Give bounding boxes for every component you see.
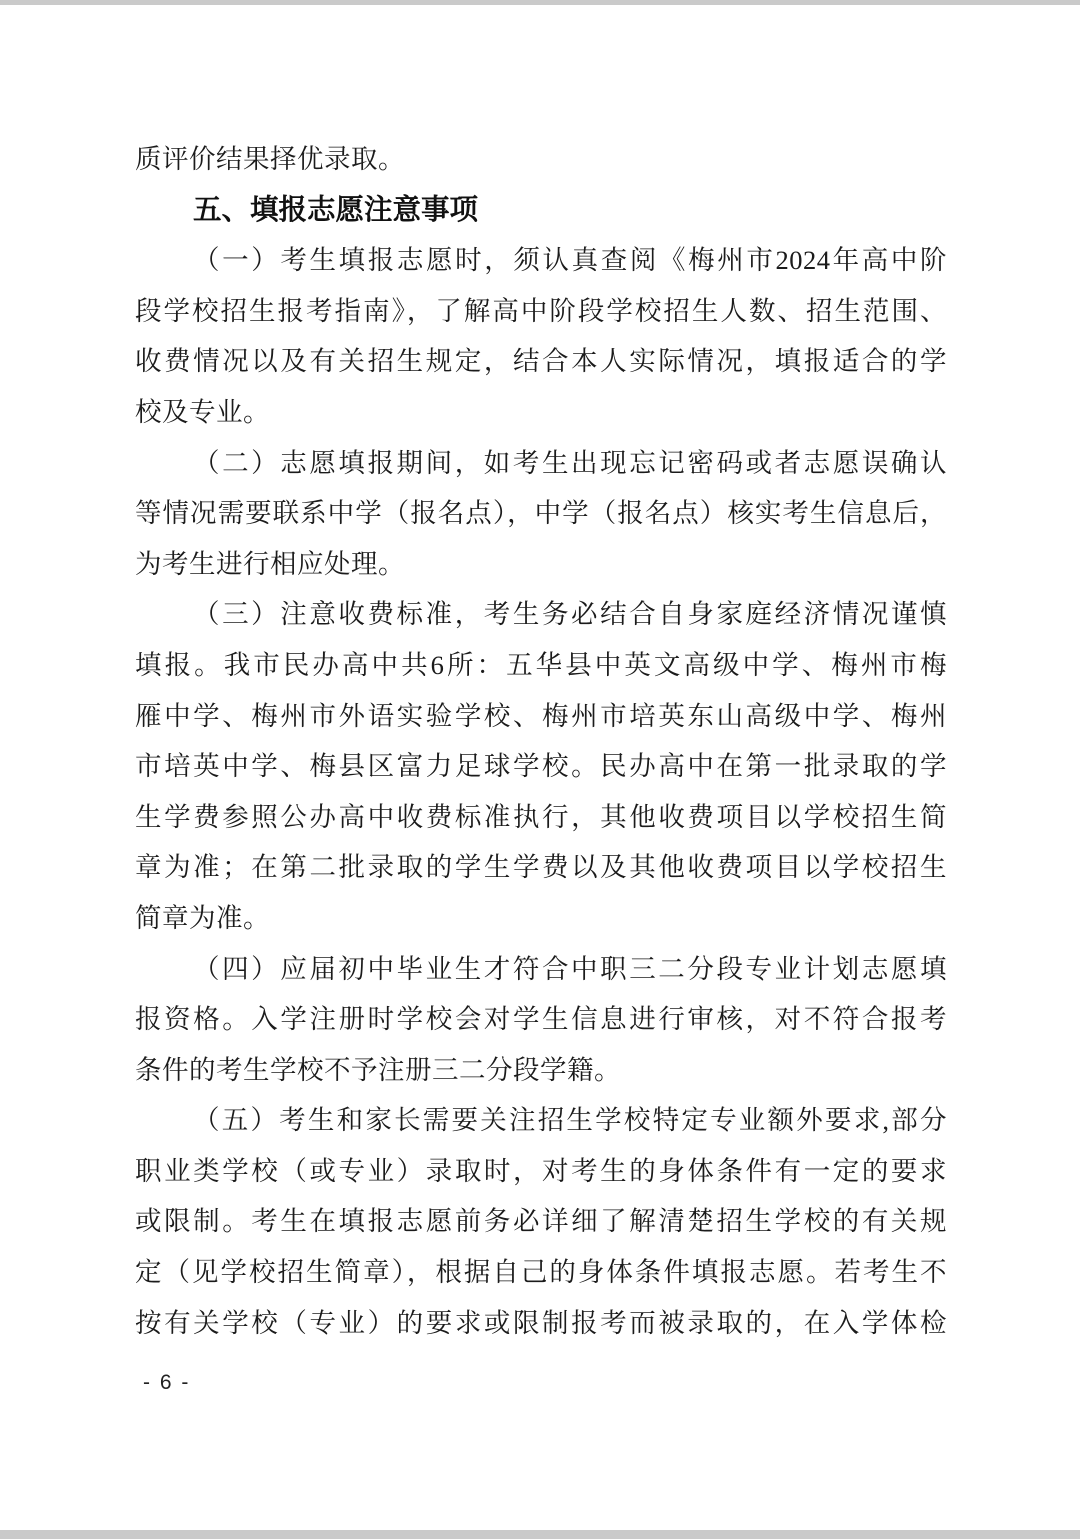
text-line: 生学费参照公办高中收费标准执行，其他收费项目以学校招生简 [135,792,947,843]
text-line: 或限制。考生在填报志愿前务必详细了解清楚招生学校的有关规 [135,1196,947,1247]
text-line: 等情况需要联系中学（报名点），中学（报名点）核实考生信息后， [135,488,947,539]
text-line: （二）志愿填报期间，如考生出现忘记密码或者志愿误确认 [135,438,947,489]
text-line: 职业类学校（或专业）录取时，对考生的身体条件有一定的要求 [135,1146,947,1197]
text-line: （三）注意收费标准，考生务必结合自身家庭经济情况谨慎 [135,589,947,640]
text-line: 收费情况以及有关招生规定，结合本人实际情况，填报适合的学 [135,336,947,387]
text-line: 报资格。入学注册时学校会对学生信息进行审核，对不符合报考 [135,994,947,1045]
document-page-view: 质评价结果择优录取。 五、填报志愿注意事项 （一）考生填报志愿时，须认真查阅《梅… [0,0,1080,1539]
text-line: 段学校招生报考指南》，了解高中阶段学校招生人数、招生范围、 [135,286,947,337]
text-line: 校及专业。 [135,387,947,438]
text-line: 为考生进行相应处理。 [135,539,947,590]
text-line: （五）考生和家长需要关注招生学校特定专业额外要求,部分 [135,1095,947,1146]
page-top-edge-bar [0,0,1080,5]
text-line: 定（见学校招生简章），根据自己的身体条件填报志愿。若考生不 [135,1247,947,1298]
text-line: 简章为准。 [135,893,947,944]
page-bottom-edge-bar [0,1530,1080,1539]
text-line: （四）应届初中毕业生才符合中职三二分段专业计划志愿填 [135,944,947,995]
section-heading: 五、填报志愿注意事项 [135,185,947,236]
text-line: 条件的考生学校不予注册三二分段学籍。 [135,1045,947,1096]
text-line: 按有关学校（专业）的要求或限制报考而被录取的，在入学体检 [135,1298,947,1349]
text-line: 章为准；在第二批录取的学生学费以及其他收费项目以学校招生 [135,842,947,893]
text-line: 市培英中学、梅县区富力足球学校。民办高中在第一批录取的学 [135,741,947,792]
text-line: 填报。我市民办高中共6所：五华县中英文高级中学、梅州市梅 [135,640,947,691]
document-text-block: 质评价结果择优录取。 五、填报志愿注意事项 （一）考生填报志愿时，须认真查阅《梅… [135,134,947,1348]
text-line: 雁中学、梅州市外语实验学校、梅州市培英东山高级中学、梅州 [135,691,947,742]
text-line: （一）考生填报志愿时，须认真查阅《梅州市2024年高中阶 [135,235,947,286]
page-number: - 6 - [143,1371,190,1395]
text-line: 质评价结果择优录取。 [135,134,947,185]
